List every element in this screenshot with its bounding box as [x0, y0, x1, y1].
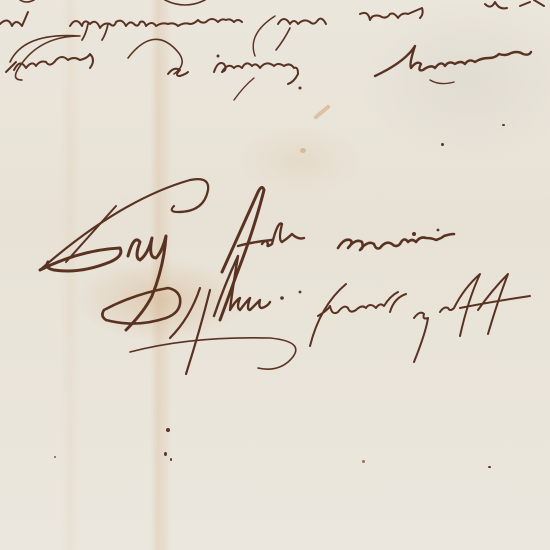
- ink-speck: [488, 466, 491, 468]
- handwriting-ink: [0, 0, 550, 550]
- foxing-stain: [300, 148, 306, 153]
- ink-speck: [54, 456, 56, 458]
- line-1-ink: [0, 0, 544, 50]
- manuscript-page: ...nt approuvé par nous... ...à Avilez .…: [0, 0, 550, 550]
- line-2-ink: [6, 16, 531, 100]
- ink-speck: [170, 458, 172, 461]
- ink-speck: [502, 124, 505, 126]
- ink-speck: [166, 428, 170, 432]
- ink-speck: [164, 452, 167, 456]
- ink-speck: [362, 460, 365, 463]
- ink-speck: [441, 143, 444, 146]
- signature-sylvie-ink: [102, 256, 530, 374]
